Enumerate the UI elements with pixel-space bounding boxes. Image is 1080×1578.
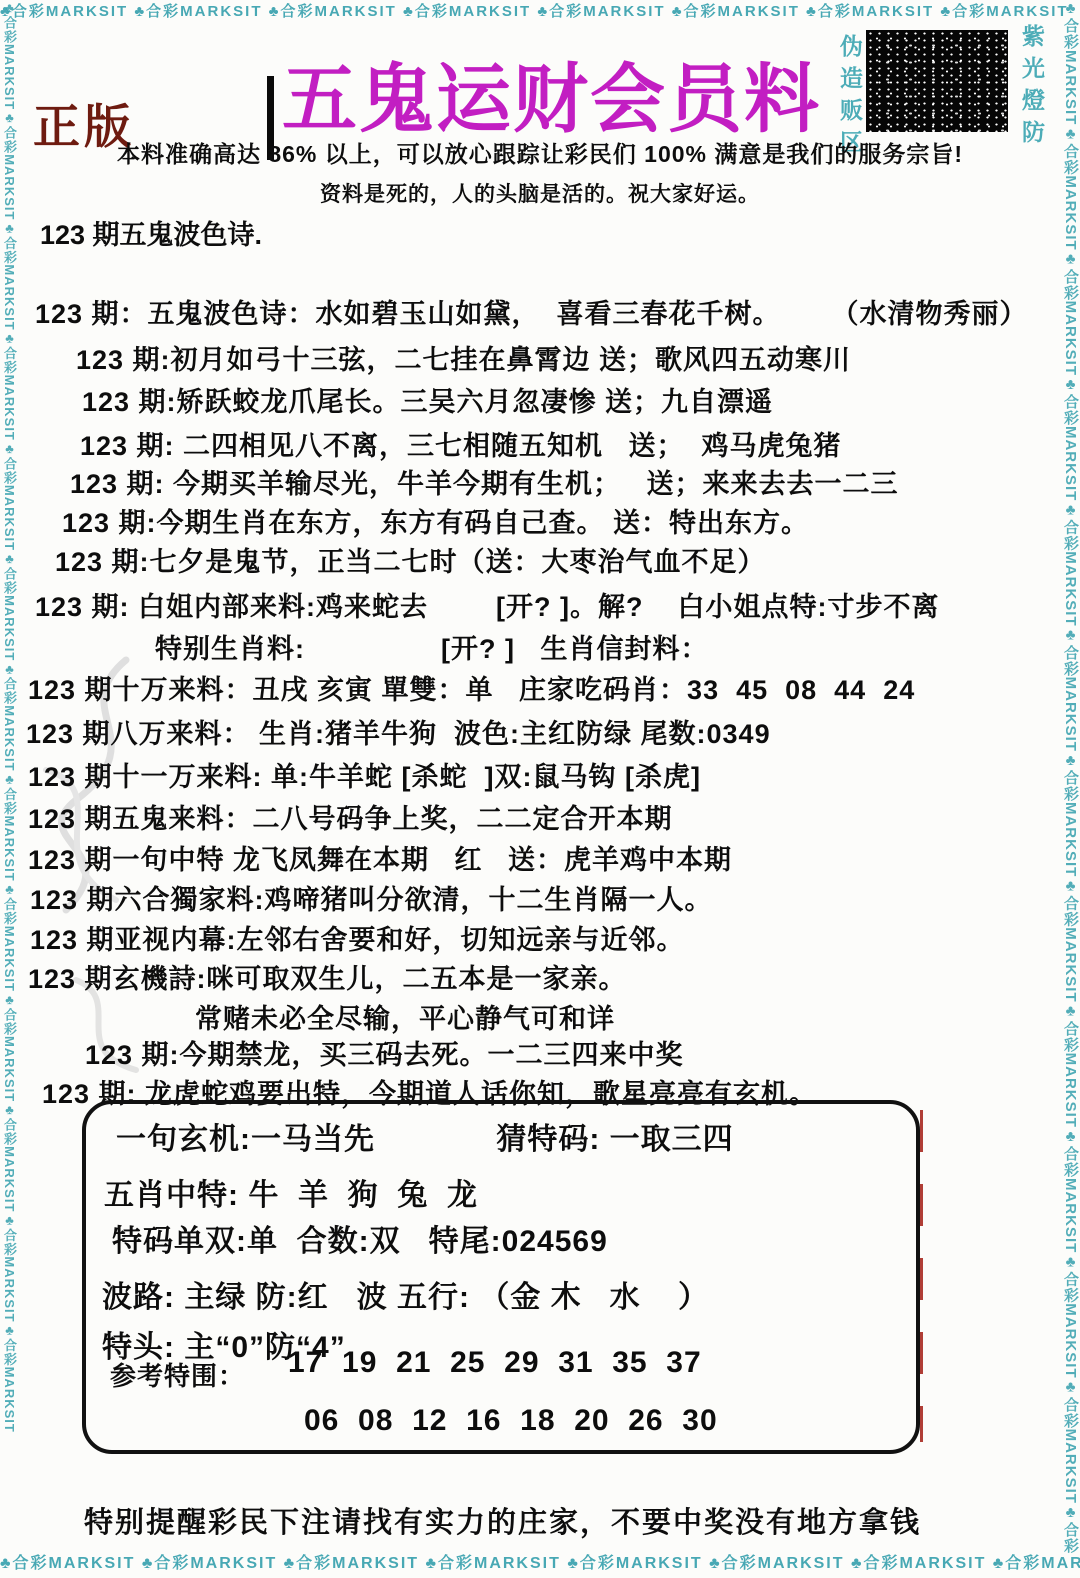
tip-line: 123 期:初月如弓十三弦，二七挂在鼻霄边 送；歌风四五动寒川 — [76, 338, 851, 377]
footer-warning: 特别提醒彩民下注请找有实力的庄家，不要中奖没有地方拿钱 — [84, 1500, 921, 1541]
tip-line: 123 期: 今期买羊输尽光，牛羊今期有生机； 送；来来去去一二三 — [70, 462, 899, 501]
tip-line: 123 期六合獨家料:鸡啼猪叫分欲清，十二生肖隔一人。 — [30, 878, 713, 917]
tip-line: 123 期:七夕是鬼节，正当二七时（送：大枣治气血不足） — [55, 540, 766, 579]
border-bottom-pattern: ♣合彩MARKSIT ♣合彩MARKSIT ♣合彩MARKSIT ♣合彩MARK… — [0, 1552, 1080, 1578]
five-zodiac-row: 五肖中特: 牛 羊 狗 兔 龙 — [104, 1170, 478, 1214]
tip-line: 123 期一句中特 龙飞凤舞在本期 红 送：虎羊鸡中本期 — [28, 838, 732, 877]
accuracy-tagline: 本料准确高达 86% 以上，可以放心跟踪让彩民们 100% 满意是我们的服务宗旨… — [0, 136, 1080, 169]
tip-line: 123 期亚视内幕:左邻右舍要和好，切知远亲与近邻。 — [30, 918, 685, 957]
tip-sheet-page: ♣合彩MARKSIT ♣合彩MARKSIT ♣合彩MARKSIT ♣合彩MARK… — [0, 0, 1080, 1578]
wave-color-row: 波路: 主绿 防:红 波 五行: （金 木 水 ） — [102, 1272, 709, 1316]
tip-line: 123 期:矫跃蛟龙爪尾长。三吴六月忽凄惨 送；九自漂遥 — [82, 380, 773, 419]
tip-line: 123 期五鬼来料：二八号码争上奖，二二定合开本期 — [28, 797, 673, 836]
reference-numbers-row-2: 06 08 12 16 18 20 26 30 — [304, 1404, 718, 1438]
security-ink-block-icon — [866, 30, 1008, 132]
tip-line: 123 期八万来料： 生肖:猪羊牛狗 波色:主红防绿 尾数:0349 — [26, 712, 771, 751]
border-top-pattern: ♣合彩MARKSIT ♣合彩MARKSIT ♣合彩MARKSIT ♣合彩MARK… — [0, 0, 1080, 24]
tip-line: 123 期玄機詩:咪可取双生儿，二五本是一家亲。 — [28, 957, 627, 996]
luck-tagline: 资料是死的，人的头脑是活的。祝大家好运。 — [0, 178, 1080, 208]
mystery-phrase-row: 一句玄机:一马当先 猜特码: 一取三四 — [116, 1114, 734, 1158]
section-heading: 123 期五鬼波色诗. — [40, 213, 262, 252]
odd-even-row: 特码单双:单 合数:双 特尾:024569 — [112, 1216, 608, 1260]
reference-numbers-row-1: 17 19 21 25 29 31 35 37 — [288, 1346, 702, 1380]
tip-line: 特别生肖料: [开? ] 生肖信封料： — [155, 627, 709, 666]
tip-line: 123 期:今期禁龙，买三码去死。一二三四来中奖 — [85, 1033, 684, 1072]
tip-line: 123 期：五鬼波色诗：水如碧玉山如黛， 喜看三春花千树。 （水清物秀丽） — [35, 292, 1028, 331]
tip-line: 123 期: 白姐内部来料:鸡来蛇去 [开? ]。解? 白小姐点特:寸步不离 — [35, 585, 940, 624]
reference-label: 参考特围： — [110, 1356, 245, 1393]
tip-line: 123 期十一万来料: 单:牛羊蛇 [杀蛇 ]双:鼠马钩 [杀虎] — [28, 755, 701, 794]
tip-line: 123 期:今期生肖在东方，东方有码自己查。 送：特出东方。 — [62, 501, 809, 540]
border-left-pattern: ♣合彩MARKSIT♣合彩MARKSIT♣合彩MARKSIT♣合彩MARKSIT… — [0, 0, 18, 1578]
tip-line: 123 期: 二四相见八不离，三七相随五知机 送； 鸡马虎兔猪 — [80, 424, 842, 463]
prediction-box: 一句玄机:一马当先 猜特码: 一取三四 五肖中特: 牛 羊 狗 兔 龙 特码单双… — [82, 1100, 920, 1454]
tip-line: 123 期十万来料：丑戌 亥寅 單雙：单 庄家吃码肖：33 45 08 44 2… — [28, 668, 915, 707]
border-right-pattern: ♣合彩MARKSIT♣合彩MARKSIT♣合彩MARKSIT♣合彩MARKSIT… — [1061, 0, 1079, 1578]
red-margin-line — [920, 1110, 923, 1442]
anti-fake-stamp-right: 紫光燈防 — [1016, 24, 1049, 152]
tip-line: 常赌未必全尽输，平心静气可和详 — [195, 997, 615, 1036]
page-title: 五鬼运财会员料 — [282, 40, 821, 147]
